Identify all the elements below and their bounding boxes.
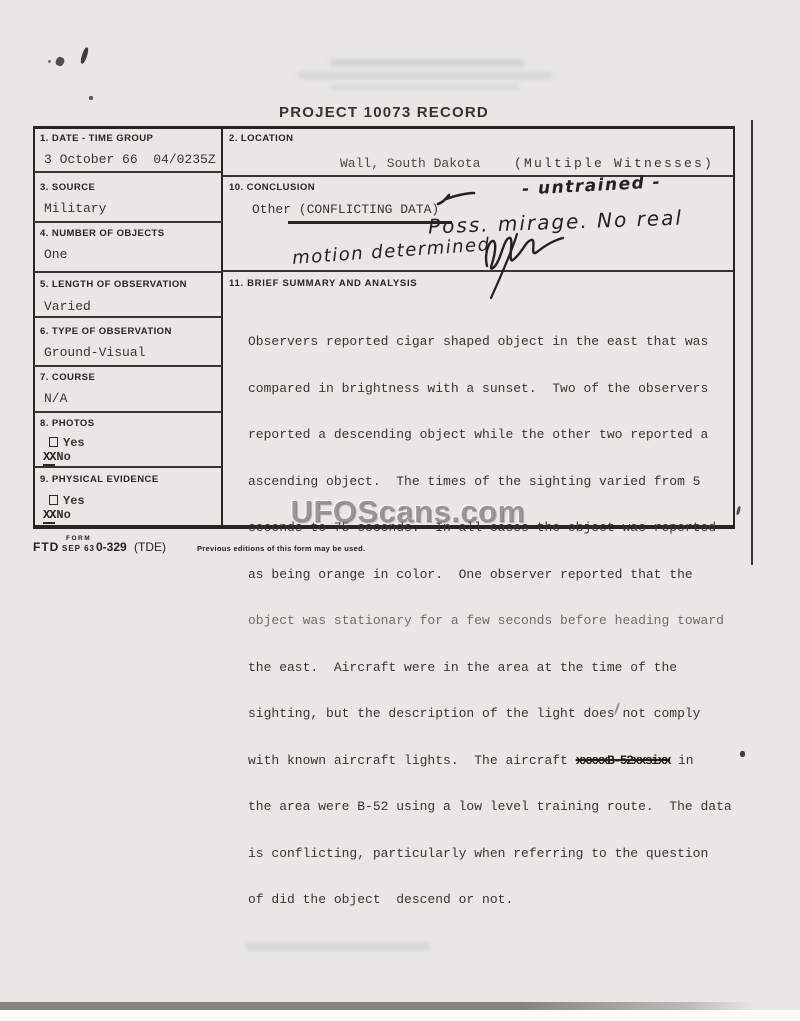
field-label-summary: 11. BRIEF SUMMARY AND ANALYSIS [229,278,417,289]
ink-stroke [79,47,89,65]
row-divider [34,271,222,273]
physical-evidence-yes-label: Yes [63,494,85,508]
summary-line: reported a descending object while the o… [248,427,732,443]
summary-line: is conflicting, particularly when referr… [248,846,732,862]
handwritten-checkmark-icon [436,190,476,208]
footer-form-date: SEP 63 [62,544,95,553]
field-value-type-of-observation: Ground-Visual [44,345,145,361]
summary-line: of did the object descend or not. [248,892,732,908]
summary-line: Observers reported cigar shaped object i… [248,334,732,350]
field-value-date-time-group: 3 October 66 04/0235Z [44,152,216,168]
ink-dot [89,96,93,100]
field-label-length-of-observation: 5. LENGTH OF OBSERVATION [40,279,187,290]
field-value-number-of-objects: One [44,247,67,263]
ghost-stamp-line [330,59,525,67]
field-value-source: Military [44,201,106,217]
field-label-conclusion: 10. CONCLUSION [229,182,315,193]
photos-no-mark: XX [43,450,55,466]
summary-line: as being orange in color. One observer r… [248,567,732,583]
field-label-photos: 8. PHOTOS [40,418,95,429]
field-label-number-of-objects: 4. NUMBER OF OBJECTS [40,228,165,239]
field-value-location: Wall, South Dakota [340,156,480,172]
ink-blob [54,56,65,68]
watermark-text: UFOScans.com [238,494,578,530]
redacted-pre-text: with known aircraft lights. The aircraft [248,753,576,768]
form-title: PROJECT 10073 RECORD [33,104,735,121]
footer-form-suffix: (TDE) [134,540,166,554]
footer-note: Previous editions of this form may be us… [197,544,365,553]
form-border-top [33,126,735,129]
scanned-record-card-page: PROJECT 10073 RECORD 1. DATE - TIME GROU… [0,0,800,1021]
row-divider [34,316,222,318]
field-label-location: 2. LOCATION [229,133,293,144]
field-note-witnesses: (Multiple Witnesses) [514,156,714,172]
field-label-physical-evidence: 9. PHYSICAL EVIDENCE [40,474,159,485]
field-value-conclusion: Other (CONFLICTING DATA) [252,202,439,218]
handwritten-signature [473,228,573,300]
photos-no-row: XXNo [43,450,71,464]
handwritten-note-line2: motion determined [292,234,492,269]
field-value-length-of-observation: Varied [44,299,91,315]
ghost-stamp-line [330,84,520,90]
summary-line: sighting, but the description of the lig… [248,706,732,722]
field-value-course: N/A [44,391,67,407]
summary-line: ascending object. The times of the sight… [248,474,732,490]
photos-yes-row: Yes [49,436,85,450]
summary-text-block: Observers reported cigar shaped object i… [248,303,732,939]
summary-line-redacted: with known aircraft lights. The aircraft… [248,753,732,769]
ghost-text-bottom [245,942,430,951]
footer-form-word: FORM [66,535,91,542]
scanner-background [0,1010,800,1021]
summary-line: the east. Aircraft were in the area at t… [248,660,732,676]
photos-yes-label: Yes [63,436,85,450]
ghost-stamp-line [298,72,553,79]
physical-evidence-no-row: XXNo [43,508,71,522]
ink-tick [736,506,741,515]
redacted-post-text: in [670,753,693,768]
photos-no-label: No [56,450,70,464]
footer-form-number: 0-329 [96,540,127,554]
ink-dot [740,751,745,757]
scan-edge-line [751,120,753,565]
form-column-divider [221,126,223,529]
physical-evidence-yes-checkbox [49,495,58,505]
field-label-type-of-observation: 6. TYPE OF OBSERVATION [40,326,172,337]
summary-line: object was stationary for a few seconds … [248,613,732,629]
field-label-course: 7. COURSE [40,372,95,383]
field-label-date-time-group: 1. DATE - TIME GROUP [40,133,153,144]
form-border-right [733,126,735,529]
field-label-source: 3. SOURCE [40,182,95,193]
footer-agency: FTD [33,540,59,554]
summary-line: compared in brightness with a sunset. Tw… [248,381,732,397]
ink-speck [48,60,51,63]
physical-evidence-no-label: No [56,508,70,522]
physical-evidence-no-mark: XX [43,508,55,524]
row-divider [34,171,222,173]
row-divider [34,411,222,413]
typed-over-redaction: xxxxxB-52xxsixx [576,753,671,768]
row-divider [34,221,222,223]
summary-line: the area were B-52 using a low level tra… [248,799,732,815]
row-divider [34,466,222,468]
physical-evidence-yes-row: Yes [49,494,85,508]
photos-yes-checkbox [49,437,58,447]
row-divider [34,365,222,367]
form-border-left [33,126,35,529]
